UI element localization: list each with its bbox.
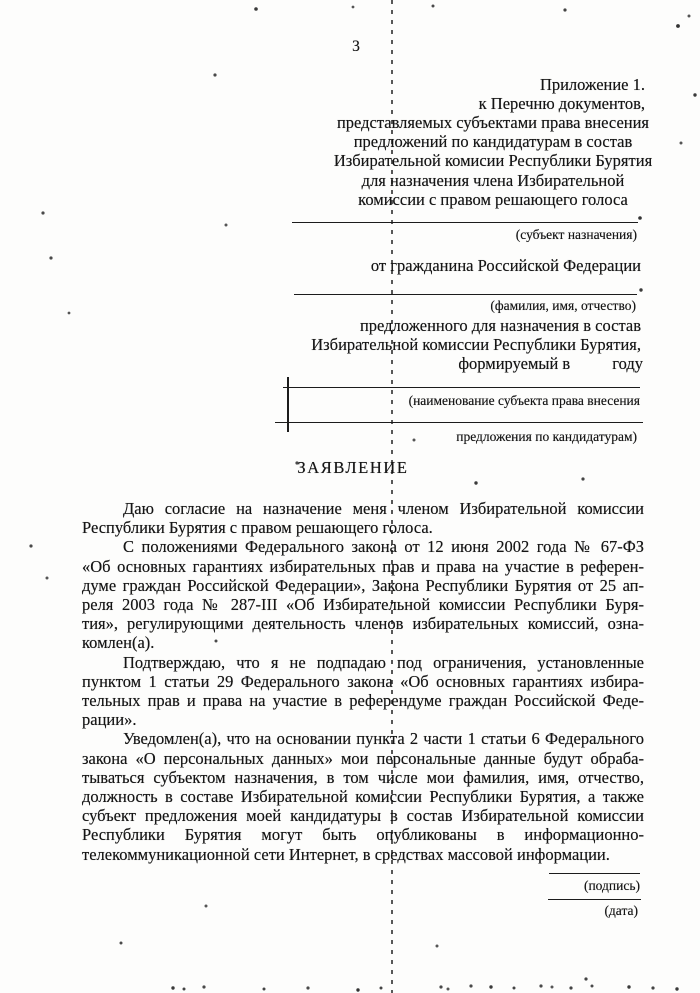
nominator-fill-line-2 [275,422,643,423]
scan-noise-specks [0,0,2,2]
body-line: субъект предложения моей кандидатуры в с… [82,806,644,825]
appendix-line: Избирательной комисии Республики Бурятия [317,151,669,170]
table-left-tick [287,377,289,432]
body-line: комлен(а). [82,633,644,652]
appendix-line: для назначения члена Избирательной [317,171,669,190]
subject-caption: (субъект назначения) [295,227,637,242]
body-line: Республики Бурятия могут быть опубликова… [82,825,644,844]
fio-caption: (фамилия, имя, отчество) [292,298,636,313]
statement-title: ЗАЯВЛЕНИЕ [72,459,634,477]
subject-fill-line [292,222,638,223]
signature-caption: (подпись) [400,878,640,893]
statement-body: Даю согласие на назначение меня членом И… [82,499,644,864]
body-line: закона «О персональных данных» мои персо… [82,749,644,768]
body-line: тываться субъектом назначения, в том чис… [82,768,644,787]
appendix-line: Приложение 1. [295,75,645,94]
signature-fill-line [549,873,640,874]
paragraph-laws-acknowledged: С положениями Федерального закона от 12 … [82,537,644,652]
body-line: тельных прав и права на участие в рефере… [82,691,644,710]
body-line: реля 2003 года № 287-III «Об Избирательн… [82,595,644,614]
body-line: рации». [82,710,644,729]
body-line: Уведомлен(а), что на основании пункта 2 … [82,729,644,748]
body-line: должность в составе Избирательной комисс… [82,787,644,806]
body-line: пунктом 1 статьи 29 Федерального закона … [82,672,644,691]
appendix-line: к Перечню документов, [295,94,645,113]
date-fill-line [548,899,641,900]
body-line: тия», регулирующими деятельность членов … [82,614,644,633]
nominator-fill-line-1 [283,387,640,388]
body-line: Даю согласие на назначение меня членом И… [82,499,644,518]
body-line: «Об основных гарантиях избирательных пра… [82,557,644,576]
appendix-line: представляемых субъектами права внесения [317,113,669,132]
formed-suffix: году [612,354,643,373]
nominator-caption-2: предложения по кандидатурам) [290,429,637,444]
body-line: телекоммуникационной сети Интернет, в ср… [82,845,644,864]
page-number: 3 [344,37,368,56]
appendix-line: предложений по кандидатурам в состав [317,132,669,151]
from-citizen-line: от гражданина Российской Федерации [292,256,641,275]
body-line: думе граждан Российской Федерации», Зако… [82,576,644,595]
appendix-heading-centered: представляемых субъектами права внесения… [317,113,669,209]
nominator-caption-1: (наименование субъекта права внесения [295,393,640,408]
scanned-document-page: 3 Приложение 1.к Перечню документов, пре… [0,0,700,993]
formed-in-year-line: формируемый вгоду [292,354,643,373]
name-fill-line [294,294,637,295]
formed-prefix: формируемый в [458,354,570,373]
body-line: Республики Бурятия с правом решающего го… [82,518,644,537]
body-line: С положениями Федерального закона от 12 … [82,537,644,556]
paragraph-no-restrictions: Подтверждаю, что я не подпадаю под огран… [82,653,644,730]
body-line: Подтверждаю, что я не подпадаю под огран… [82,653,644,672]
paragraph-consent: Даю согласие на назначение меня членом И… [82,499,644,537]
paragraph-personal-data-notice: Уведомлен(а), что на основании пункта 2 … [82,729,644,863]
appendix-line: комиссии с правом решающего голоса [317,190,669,209]
proposed-line-2: Избирательной комиссии Республики Буряти… [292,335,641,354]
date-caption: (дата) [400,903,638,918]
proposed-line-1: предложенного для назначения в состав [292,316,641,335]
appendix-heading-right: Приложение 1.к Перечню документов, [295,75,648,113]
